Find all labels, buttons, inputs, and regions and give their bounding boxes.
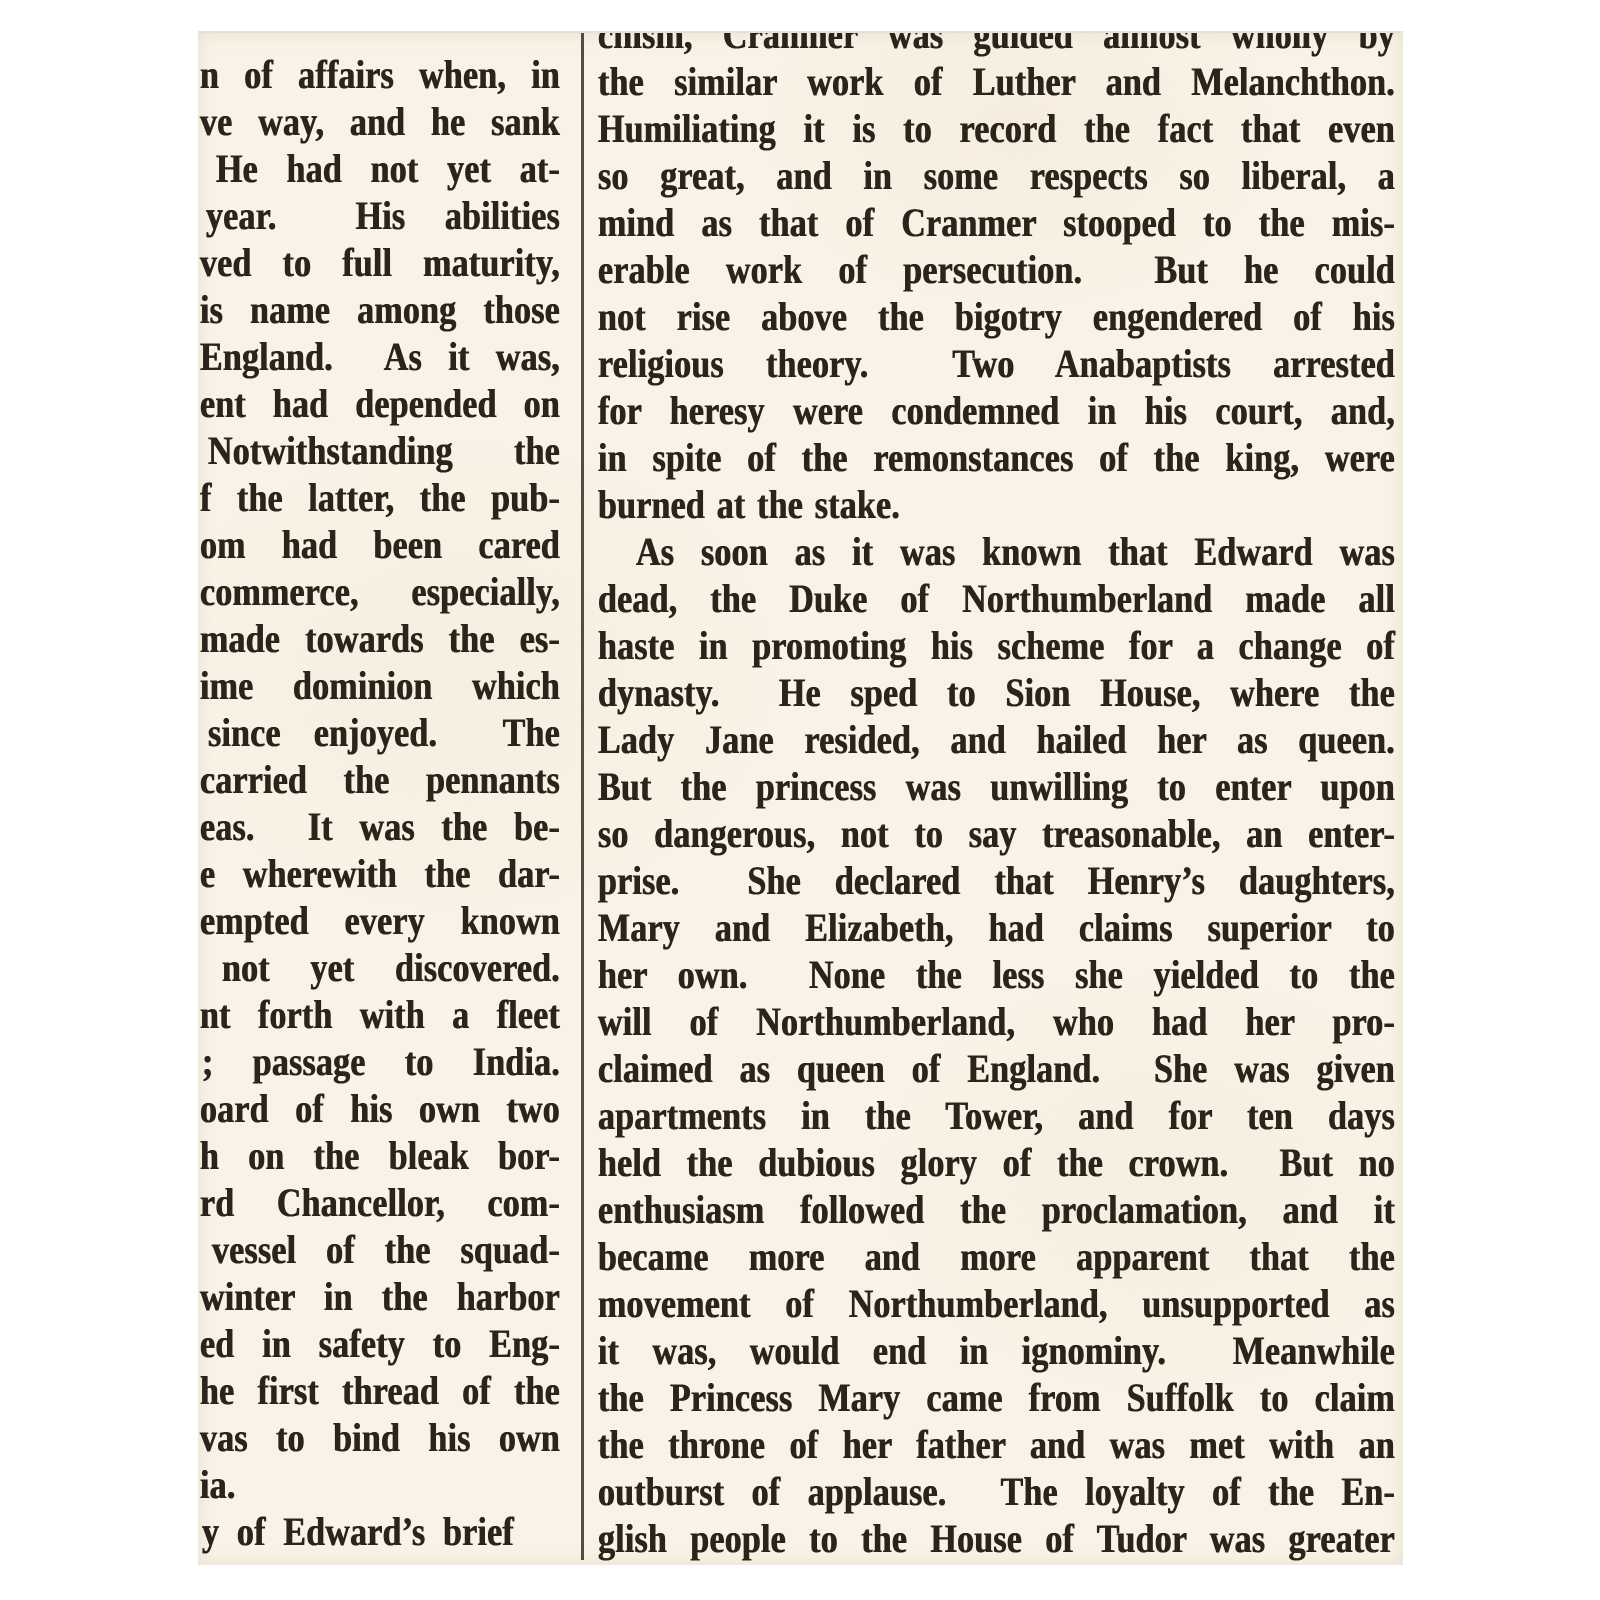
scan-background: { "colors": { "background": "#ffffff", "… <box>0 0 1600 1600</box>
left-text-column: n of affairs when, inve way, and he sank… <box>200 52 560 1556</box>
right-text-column: chism, Cranmer was guided almost wholly … <box>598 31 1395 1563</box>
book-page: n of affairs when, inve way, and he sank… <box>198 31 1403 1565</box>
text-line: glish people to the House of Tudor was g… <box>598 1512 1395 1565</box>
column-divider-rule <box>581 33 584 1560</box>
text-line: y of Edward’s brief <box>200 1505 560 1560</box>
